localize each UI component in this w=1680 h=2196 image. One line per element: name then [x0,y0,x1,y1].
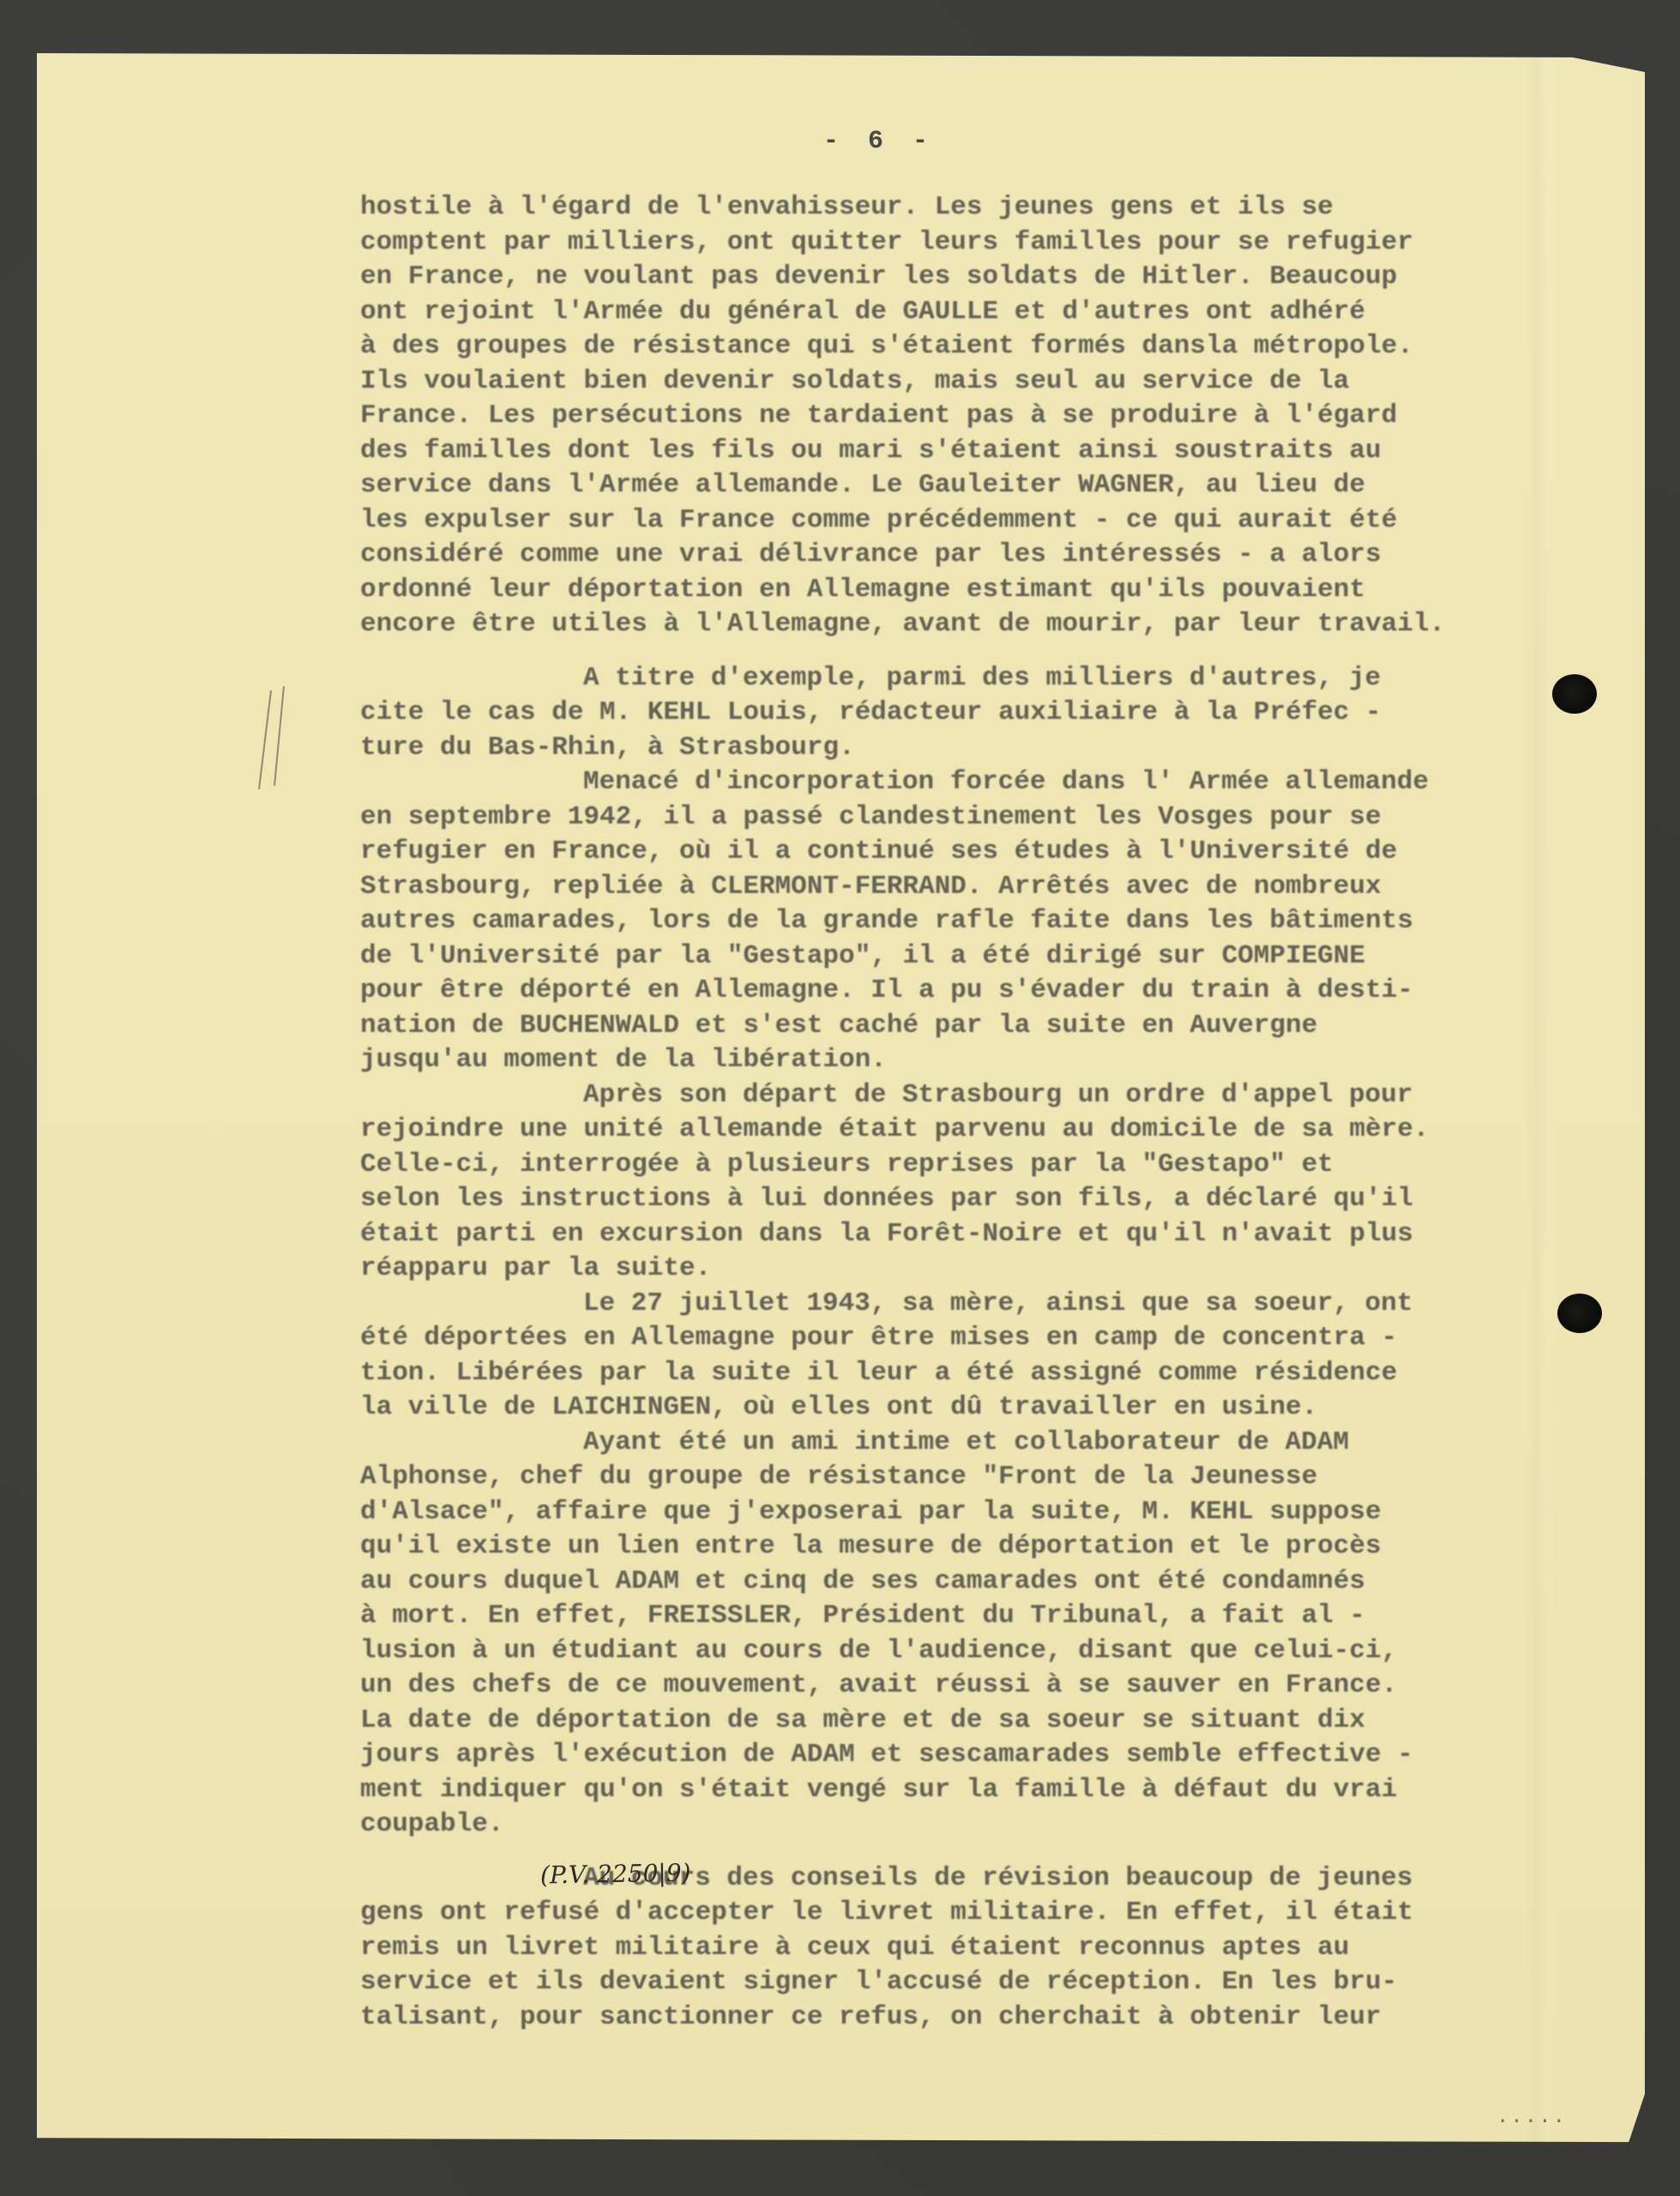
text-line: lusion à un étudiant au cours de l'audie… [360,1634,1629,1669]
text-line: Ayant été un ami intime et collaborateur… [360,1426,1629,1461]
text-line: Menacé d'incorporation forcée dans l' Ar… [360,765,1629,800]
margin-pencil-mark-icon [254,686,288,789]
page-number: - 6 - [823,127,935,156]
text-line: A titre d'exemple, parmi des milliers d'… [360,661,1629,697]
paragraph-1: hostile à l'égard de l'envahisseur. Les … [360,190,1629,643]
text-line: autres camarades, lors de la grande rafl… [360,904,1629,939]
text-line: en France, ne voulant pas devenir les so… [360,260,1629,295]
text-line: service et ils devaient signer l'accusé … [360,1965,1629,2000]
text-line: France. Les persécutions ne tardaient pa… [360,399,1629,434]
text-line: refugier en France, où il a continué ses… [360,835,1629,870]
text-line: cite le cas de M. KEHL Louis, rédacteur … [360,696,1629,731]
handwritten-reference-annotation: (P.V. 2250|9) [540,1858,691,1889]
text-line: La date de déportation de sa mère et de … [360,1704,1629,1739]
paragraph-5: Le 27 juillet 1943, sa mère, ainsi que s… [360,1287,1629,1426]
text-line: un des chefs de ce mouvement, avait réus… [360,1668,1629,1704]
text-line: d'Alsace", affaire que j'exposerai par l… [360,1495,1629,1530]
paragraph-6: Ayant été un ami intime et collaborateur… [360,1426,1629,1843]
text-line: des familles dont les fils ou mari s'éta… [360,434,1629,469]
text-line: service dans l'Armée allemande. Le Gaule… [360,468,1629,504]
text-line: qu'il existe un lien entre la mesure de … [360,1529,1629,1565]
continuation-mark: ..... [1496,2106,1567,2129]
text-line: ont rejoint l'Armée du général de GAULLE… [360,295,1629,330]
text-line: ordonné leur déportation en Allemagne es… [360,573,1629,608]
text-line: Alphonse, chef du groupe de résistance "… [360,1460,1629,1495]
text-line: Celle-ci, interrogée à plusieurs reprise… [360,1148,1629,1183]
text-line: ment indiquer qu'on s'était vengé sur la… [360,1773,1629,1808]
text-line: Strasbourg, repliée à CLERMONT-FERRAND. … [360,870,1629,905]
paragraph-3: Menacé d'incorporation forcée dans l' Ar… [360,765,1629,1078]
text-line: les expulser sur la France comme précéde… [360,504,1629,539]
text-line: jours après l'exécution de ADAM et sesca… [360,1738,1629,1773]
text-line: selon les instructions à lui données par… [360,1182,1629,1217]
text-line: était parti en excursion dans la Forêt-N… [360,1217,1629,1252]
text-line: hostile à l'égard de l'envahisseur. Les … [360,190,1629,226]
text-line: Ils voulaient bien devenir soldats, mais… [360,365,1629,400]
text-line: tion. Libérées par la suite il leur a ét… [360,1356,1629,1391]
text-line: jusqu'au moment de la libération. [360,1043,1629,1078]
text-line: Après son départ de Strasbourg un ordre … [360,1078,1629,1113]
text-line: pour être déporté en Allemagne. Il a pu … [360,974,1629,1009]
text-line: talisant, pour sanctionner ce refus, on … [360,2000,1629,2036]
text-line: gens ont refusé d'accepter le livret mil… [360,1896,1629,1931]
text-line: ture du Bas-Rhin, à Strasbourg. [360,731,1629,766]
text-line: réapparu par la suite. [360,1252,1629,1287]
typed-text-body: hostile à l'égard de l'envahisseur. Les … [360,190,1629,2035]
text-line: remis un livret militaire à ceux qui éta… [360,1931,1629,1966]
text-line: nation de BUCHENWALD et s'est caché par … [360,1009,1629,1044]
text-line: la ville de LAICHINGEN, où elles ont dû … [360,1391,1629,1426]
text-line: comptent par milliers, ont quitter leurs… [360,226,1629,261]
text-line: au cours duquel ADAM et cinq de ses cama… [360,1565,1629,1600]
text-line: de l'Université par la "Gestapo", il a é… [360,939,1629,974]
text-line: à mort. En effet, FREISSLER, Président d… [360,1599,1629,1634]
text-line: à des groupes de résistance qui s'étaien… [360,329,1629,365]
text-line: Le 27 juillet 1943, sa mère, ainsi que s… [360,1287,1629,1322]
text-line: été déportées en Allemagne pour être mis… [360,1321,1629,1356]
text-line: en septembre 1942, il a passé clandestin… [360,800,1629,836]
text-line: coupable. [360,1807,1629,1843]
paragraph-4: Après son départ de Strasbourg un ordre … [360,1078,1629,1287]
paragraph-2: A titre d'exemple, parmi des milliers d'… [360,661,1629,766]
text-line: rejoindre une unité allemande était parv… [360,1113,1629,1148]
text-line: considéré comme une vrai délivrance par … [360,538,1629,573]
text-line: encore être utiles à l'Allemagne, avant … [360,607,1629,643]
